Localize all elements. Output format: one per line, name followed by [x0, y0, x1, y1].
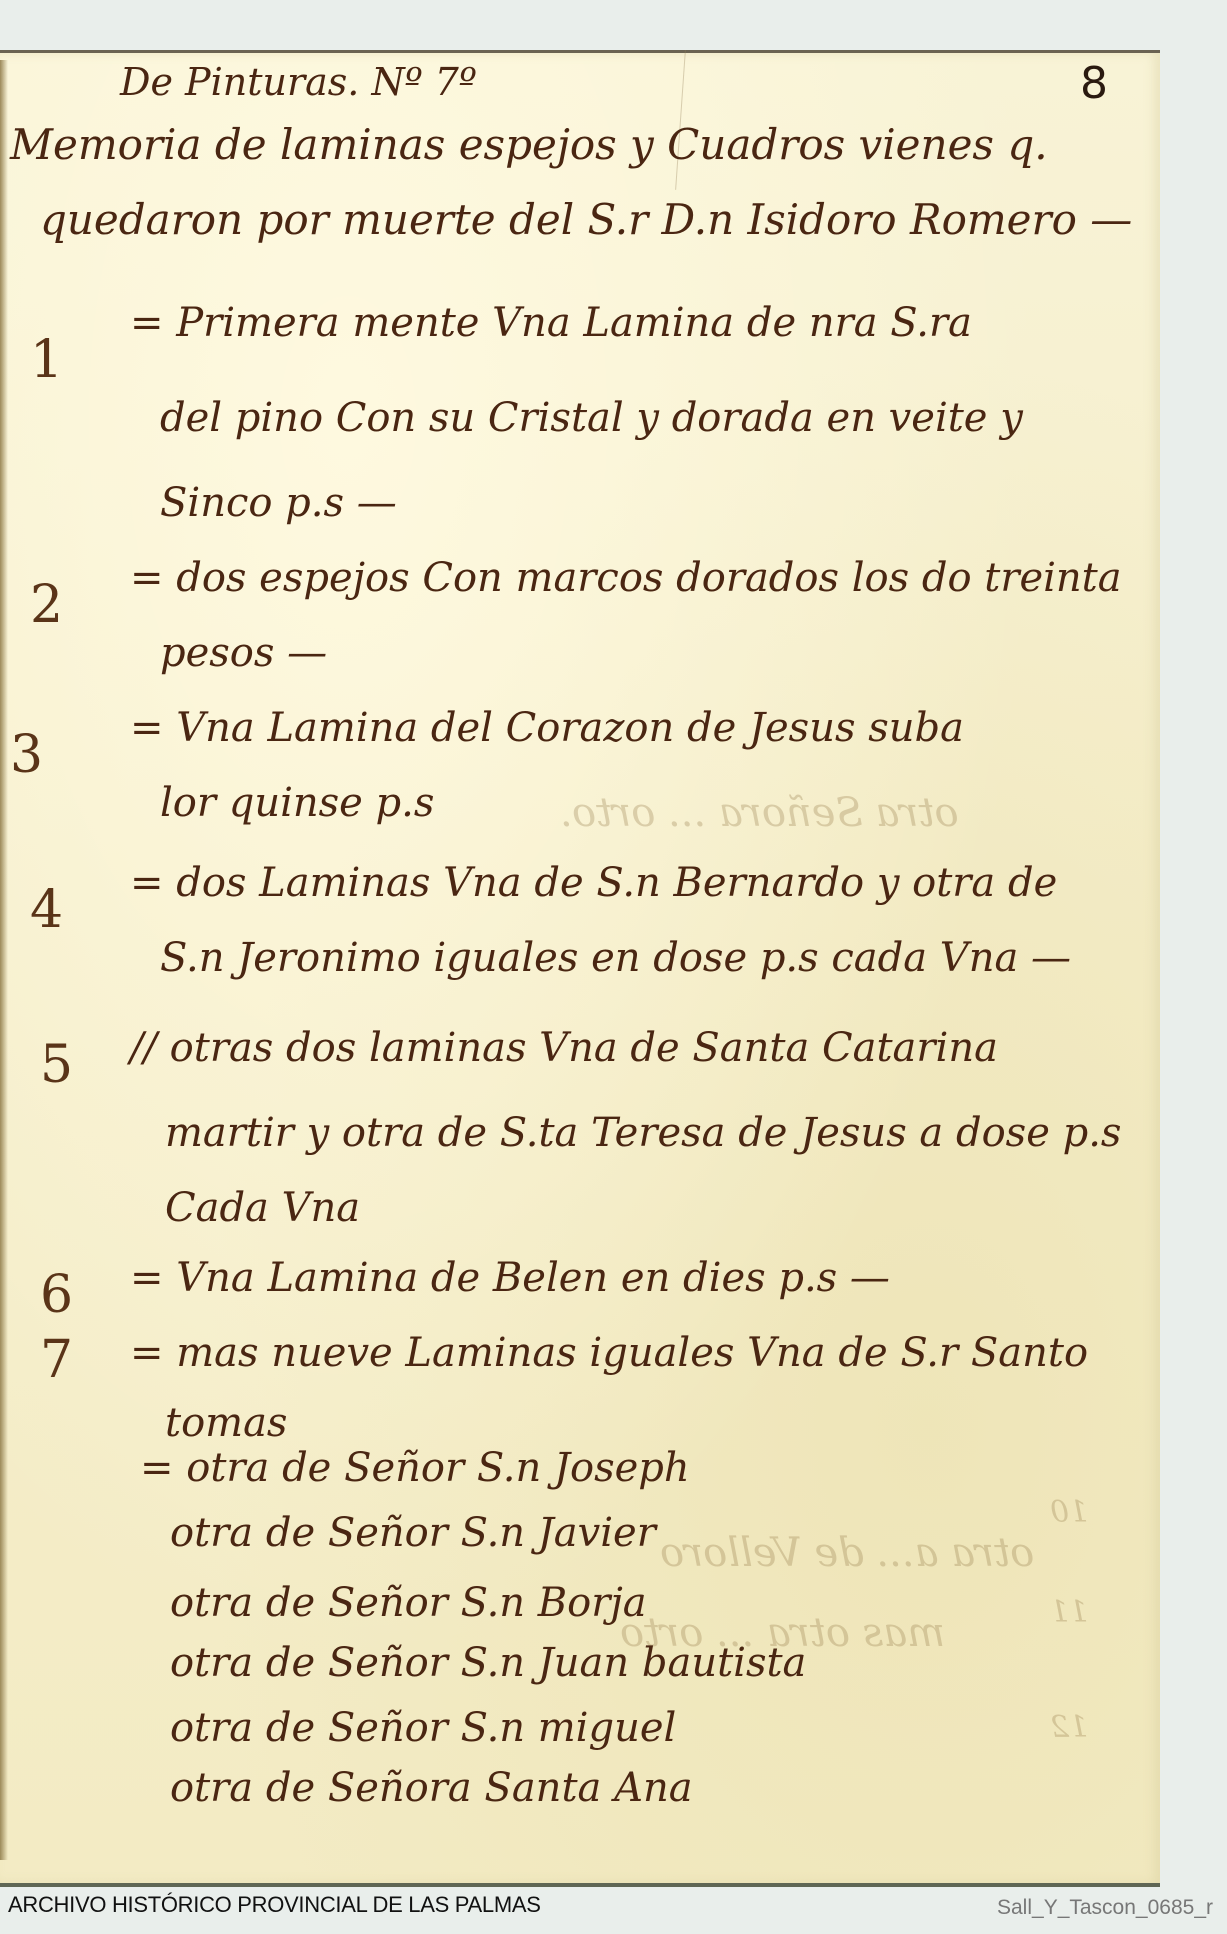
document-header: De Pinturas. Nº 7º: [120, 60, 477, 104]
entry-line: otra de Señor S.n Borja: [170, 1580, 647, 1626]
entry-line: S.n Jeronimo iguales en dose p.s cada Vn…: [160, 935, 1071, 981]
folio-number: 8: [1080, 58, 1108, 109]
archive-label: ARCHIVO HISTÓRICO PROVINCIAL DE LAS PALM…: [8, 1892, 541, 1918]
entry-line: = Vna Lamina de Belen en dies p.s —: [130, 1255, 890, 1301]
entry-line: del pino Con su Cristal y dorada en veit…: [160, 395, 1023, 441]
entry-line: Cada Vna: [165, 1185, 360, 1231]
entry-number: 6: [40, 1265, 73, 1325]
entry-line: otra de Señor S.n miguel: [170, 1705, 676, 1751]
margin-mark: 12: [1050, 1710, 1088, 1745]
bleed-through-text: otra Señora ... orto.: [560, 790, 959, 836]
entry-number: 2: [30, 575, 63, 635]
entry-number: 4: [30, 880, 63, 940]
entry-line: otra de Señor S.n Juan bautista: [170, 1640, 806, 1686]
entry-line: = otra de Señor S.n Joseph: [140, 1445, 690, 1491]
image-code: Sall_Y_Tascon_0685_r: [997, 1896, 1213, 1920]
entry-line: pesos —: [160, 630, 327, 676]
margin-mark: 10: [1050, 1495, 1088, 1530]
entry-number: 5: [40, 1035, 73, 1095]
entry-number: 1: [30, 330, 63, 390]
entry-line: = Primera mente Vna Lamina de nra S.ra: [130, 300, 972, 346]
entry-line: Sinco p.s —: [160, 480, 397, 526]
entry-line: otra de Señor S.n Javier: [170, 1510, 656, 1556]
entry-line: lor quinse p.s: [160, 780, 434, 826]
entry-number: 3: [10, 725, 43, 785]
entry-line: tomas: [165, 1400, 287, 1446]
entry-line: = mas nueve Laminas iguales Vna de S.r S…: [130, 1330, 1088, 1376]
entry-line: = dos Laminas Vna de S.n Bernardo y otra…: [130, 860, 1057, 906]
entry-line: = Vna Lamina del Corazon de Jesus suba: [130, 705, 964, 751]
entry-line: = dos espejos Con marcos dorados los do …: [130, 555, 1122, 601]
document-title-line-2: quedaron por muerte del S.r D.n Isidoro …: [40, 195, 1132, 244]
entry-line: // otras dos laminas Vna de Santa Catari…: [130, 1025, 998, 1071]
document-title-line-1: Memoria de laminas espejos y Cuadros vie…: [10, 120, 1048, 169]
entry-number: 7: [40, 1330, 73, 1390]
page-edge-shadow: [0, 60, 8, 1860]
entry-line: otra de Señora Santa Ana: [170, 1765, 693, 1811]
entry-line: martir y otra de S.ta Teresa de Jesus a …: [165, 1110, 1121, 1156]
bleed-through-text: otra a... de Velloro: [660, 1530, 1034, 1576]
margin-mark: 11: [1050, 1595, 1088, 1630]
